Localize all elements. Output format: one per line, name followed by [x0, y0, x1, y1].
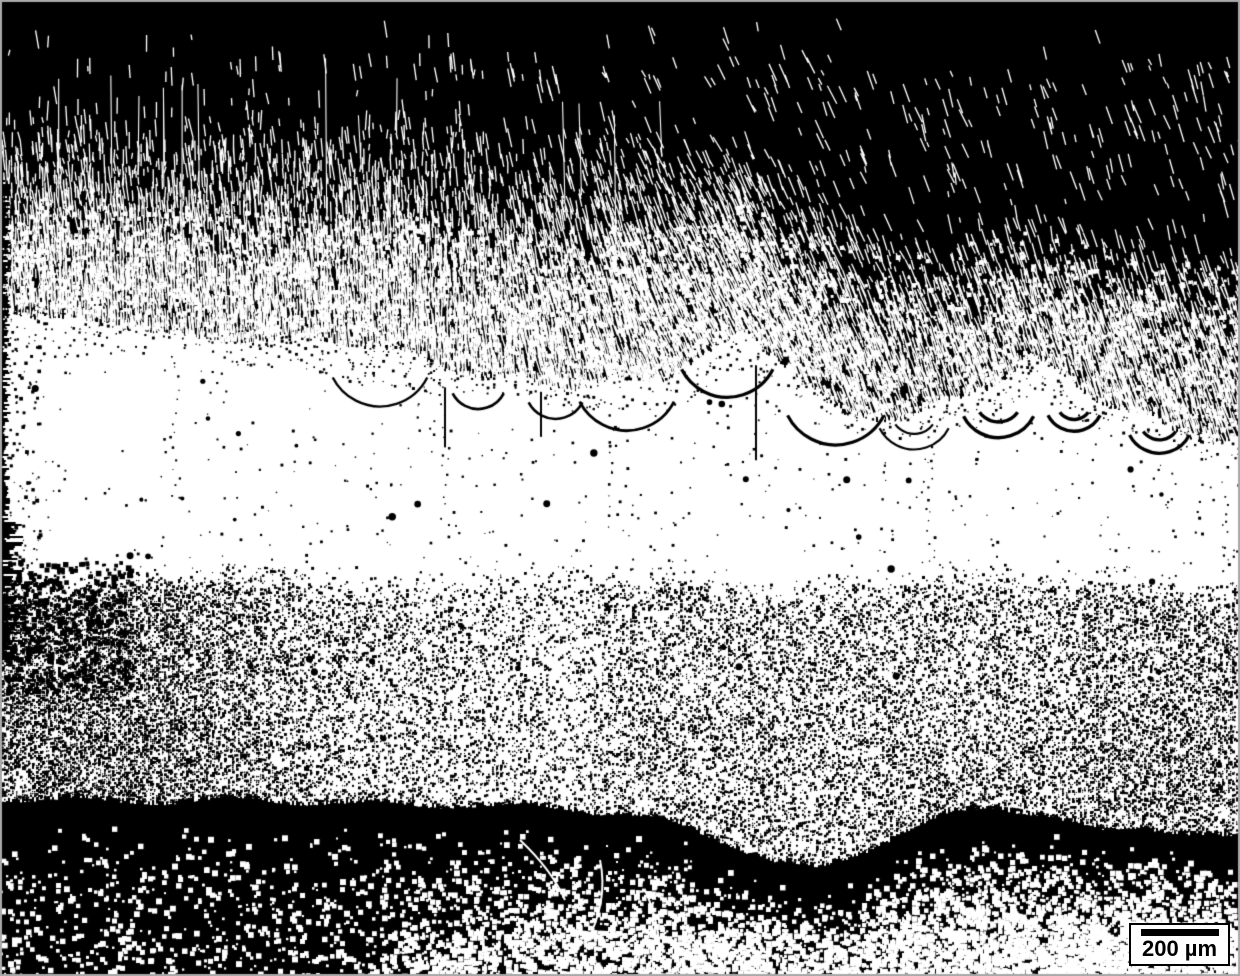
- micrograph-figure: 200 µm: [0, 0, 1240, 976]
- scale-bar: 200 µm: [1129, 923, 1230, 966]
- scale-bar-line: [1141, 929, 1219, 936]
- scale-bar-label: 200 µm: [1131, 938, 1228, 960]
- micrograph-canvas: [0, 0, 1240, 976]
